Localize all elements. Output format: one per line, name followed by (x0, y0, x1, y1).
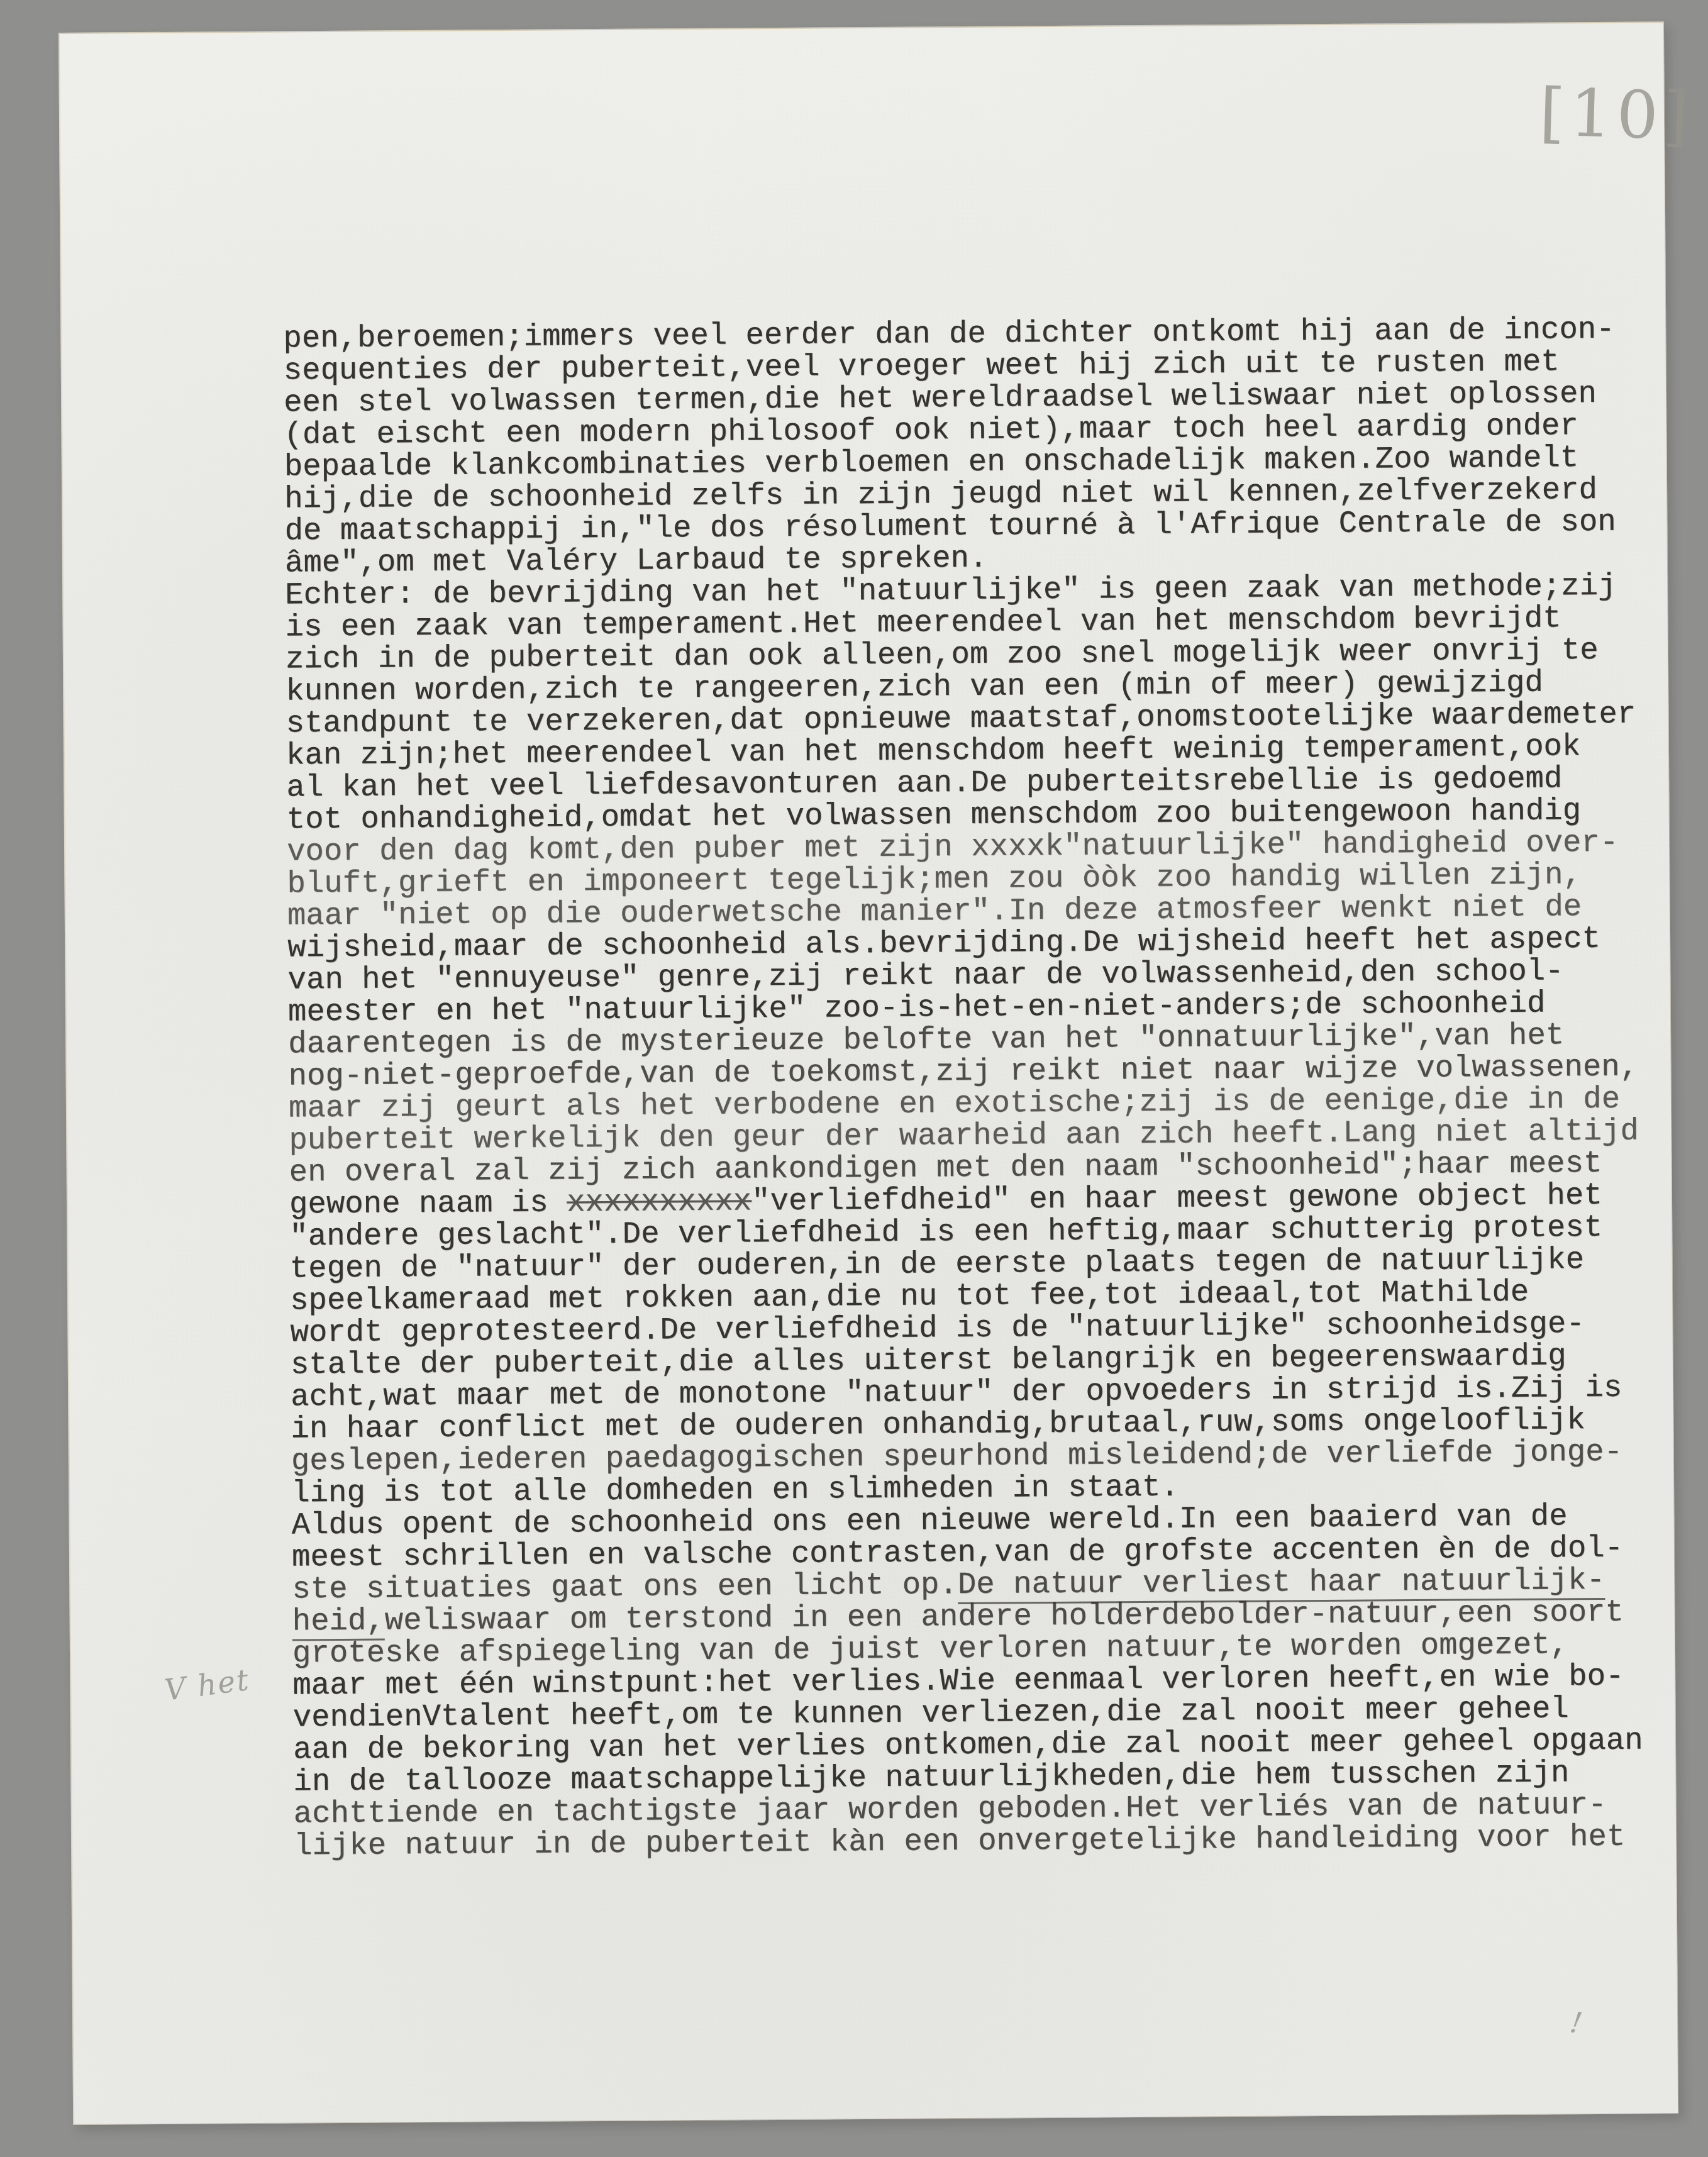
typed-text: pen,beroemen;immers veel eerder dan de d… (283, 313, 1671, 1862)
margin-note-annotation: V het (162, 1663, 252, 1708)
scan-background: { "annotations": { "page_number": "[10]"… (0, 0, 1708, 2157)
typed-line: lijke natuur in de puberteit kàn een onv… (294, 1821, 1671, 1862)
scanned-page: [10] pen,beroemen;immers veel eerder dan… (58, 21, 1678, 2125)
corner-mark-annotation: ! (1568, 2005, 1585, 2040)
page-number-annotation: [10] (1538, 74, 1695, 155)
